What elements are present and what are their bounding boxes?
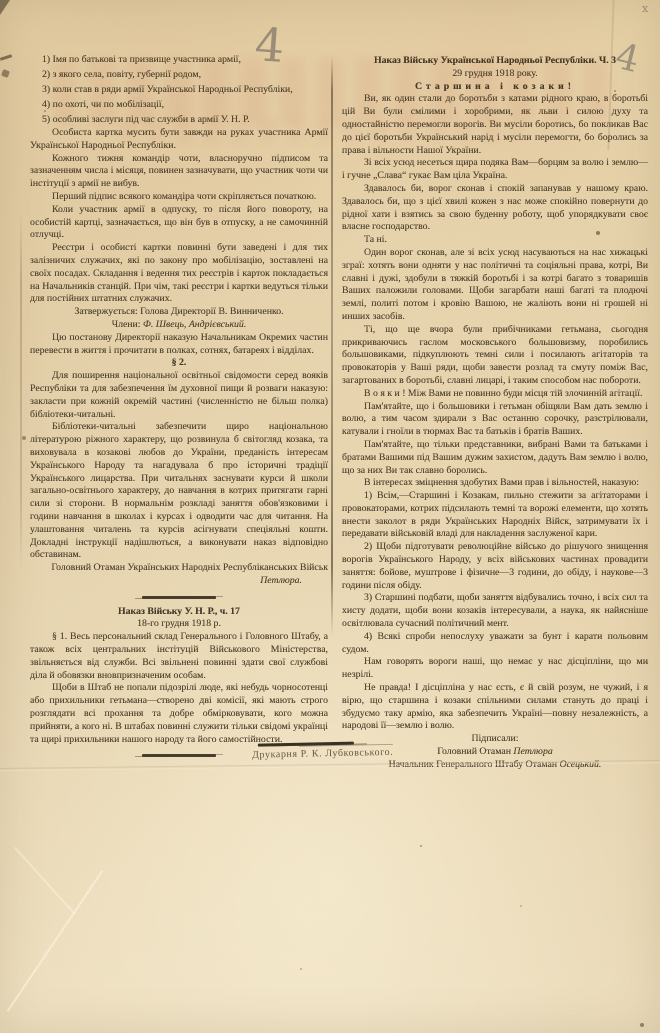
scanned-document-page: 1) Імя по батькові та призвище участника… [0,0,660,1033]
ink-smudge-line [258,742,354,747]
handwritten-corner-mark: x [642,2,648,15]
column-divider-rule [331,56,333,636]
text-paragraph: Бібліотеки-читальні забезпечити щиро нац… [30,421,328,562]
text-paragraph: Петлюра. [30,575,328,588]
text-paragraph: Ви, як один стали до боротьби з катами р… [342,93,648,157]
text-paragraph: Та ні. [342,234,648,247]
signature-name: Петлюра [513,746,552,757]
text-paragraph: 2) Щоби підготувати революційне військо … [342,541,648,592]
heading: § 2. [30,357,328,370]
edge-ink-mark [0,54,12,61]
text-paragraph: Один ворог сконав, але зі всіх усюд насу… [342,247,648,324]
vertical-fold-crease-left [20,210,22,570]
text-paragraph: Особиста картка мусить бути завжди на ру… [30,127,328,153]
text-paragraph: 1) Всім,—Старшині і Козакам, пильно стеж… [342,490,648,541]
text-paragraph: Реєстри і особисті картки повинні бути з… [30,242,328,306]
text-paragraph: В інтересах зміцнення здобутих Вами прав… [342,477,648,490]
text-paragraph: Перший підпис всякого командіра чоти скр… [30,191,328,204]
text-span: Головний Отаман [437,746,513,757]
text-paragraph: Для поширення національної освітньої сві… [30,370,328,421]
text-paragraph: Пам'ятайте, що і большовики і гетьман об… [342,401,648,439]
text-paragraph: Щоби в Штаб не попали підозрілі люде, як… [30,682,328,746]
text-paragraph: Головний Отаман Українських Народніх Рес… [30,562,328,575]
text-paragraph: 18-го грудня 1918 р. [30,618,328,631]
text-paragraph: 4) Всякі спроби непослуху уважати за бун… [342,631,648,657]
text-paragraph: 29 грудня 1918 року. [342,68,648,81]
right-column: Наказ Війську Української Народньої Респ… [342,55,648,772]
separator-rule [142,596,216,599]
list-line: 5) особливі заслуги під час служби в арм… [30,112,328,127]
text-paragraph: Зі всіх усюд несеться щира подяка Вам—бо… [342,157,648,183]
bottom-left-crease [14,847,76,915]
list-line: 2) з якого села, повіту, губернії родом, [30,67,328,82]
text-paragraph: § 1. Весь персональний склад Генеральног… [30,631,328,682]
list-line: 4) по охоті, чи по мобілізації, [30,97,328,112]
edge-ink-mark [1,69,10,78]
salutation-heading: Старшина і козаки! [342,81,648,94]
text-span: В о я к и ! [364,388,405,399]
signature-name: Ф. Швець, Андрієвський. [143,319,246,330]
text-paragraph: Здавалось би, ворог сконав і спокій запа… [342,183,648,234]
heading: Наказ Війську Української Народньої Респ… [342,55,648,68]
text-span: Члени: [112,319,143,330]
text-paragraph: Цю постанову Директорії наказую Начальни… [30,332,328,358]
text-paragraph: В о я к и ! Між Вами не повинно буди міс… [342,388,648,401]
page-corner-shadow [0,0,10,15]
heading: Наказ Війську У. Н. Р., ч. 17 [30,606,328,619]
text-paragraph: Коли участник армії в одпуску, то після … [30,204,328,242]
handwritten-page-number-center: 4 [253,17,286,73]
text-paragraph: Ті, що ще вчора були прибічниками гетьма… [342,324,648,388]
printer-imprint: Друкарня Р. К. Лубковського. [252,740,422,761]
separator-rule [142,754,216,757]
text-span: Між Вами не повинно буди місця тій злочи… [405,388,642,399]
text-paragraph: Пам'ятайте, що тільки представники, вибр… [342,439,648,477]
text-paragraph: Не правда! І дісціпліна у нас єсть, є й … [342,682,648,733]
left-column: 1) Імя по батькові та призвище участника… [30,52,328,764]
text-paragraph: Кожного тижня командір чоти, власноручно… [30,153,328,191]
text-paragraph: Затвержується: Голова Директорії В. Винн… [30,306,328,319]
list-line: 3) коли став в ряди армії Української На… [30,82,328,97]
text-paragraph: Члени: Ф. Швець, Андрієвський. [30,319,328,332]
text-paragraph: 3) Старшині подбати, щоби заняття відбув… [342,592,648,630]
text-paragraph: Нам говорять вороги наші, що немає у нас… [342,656,648,682]
paper-specks [0,0,2,2]
